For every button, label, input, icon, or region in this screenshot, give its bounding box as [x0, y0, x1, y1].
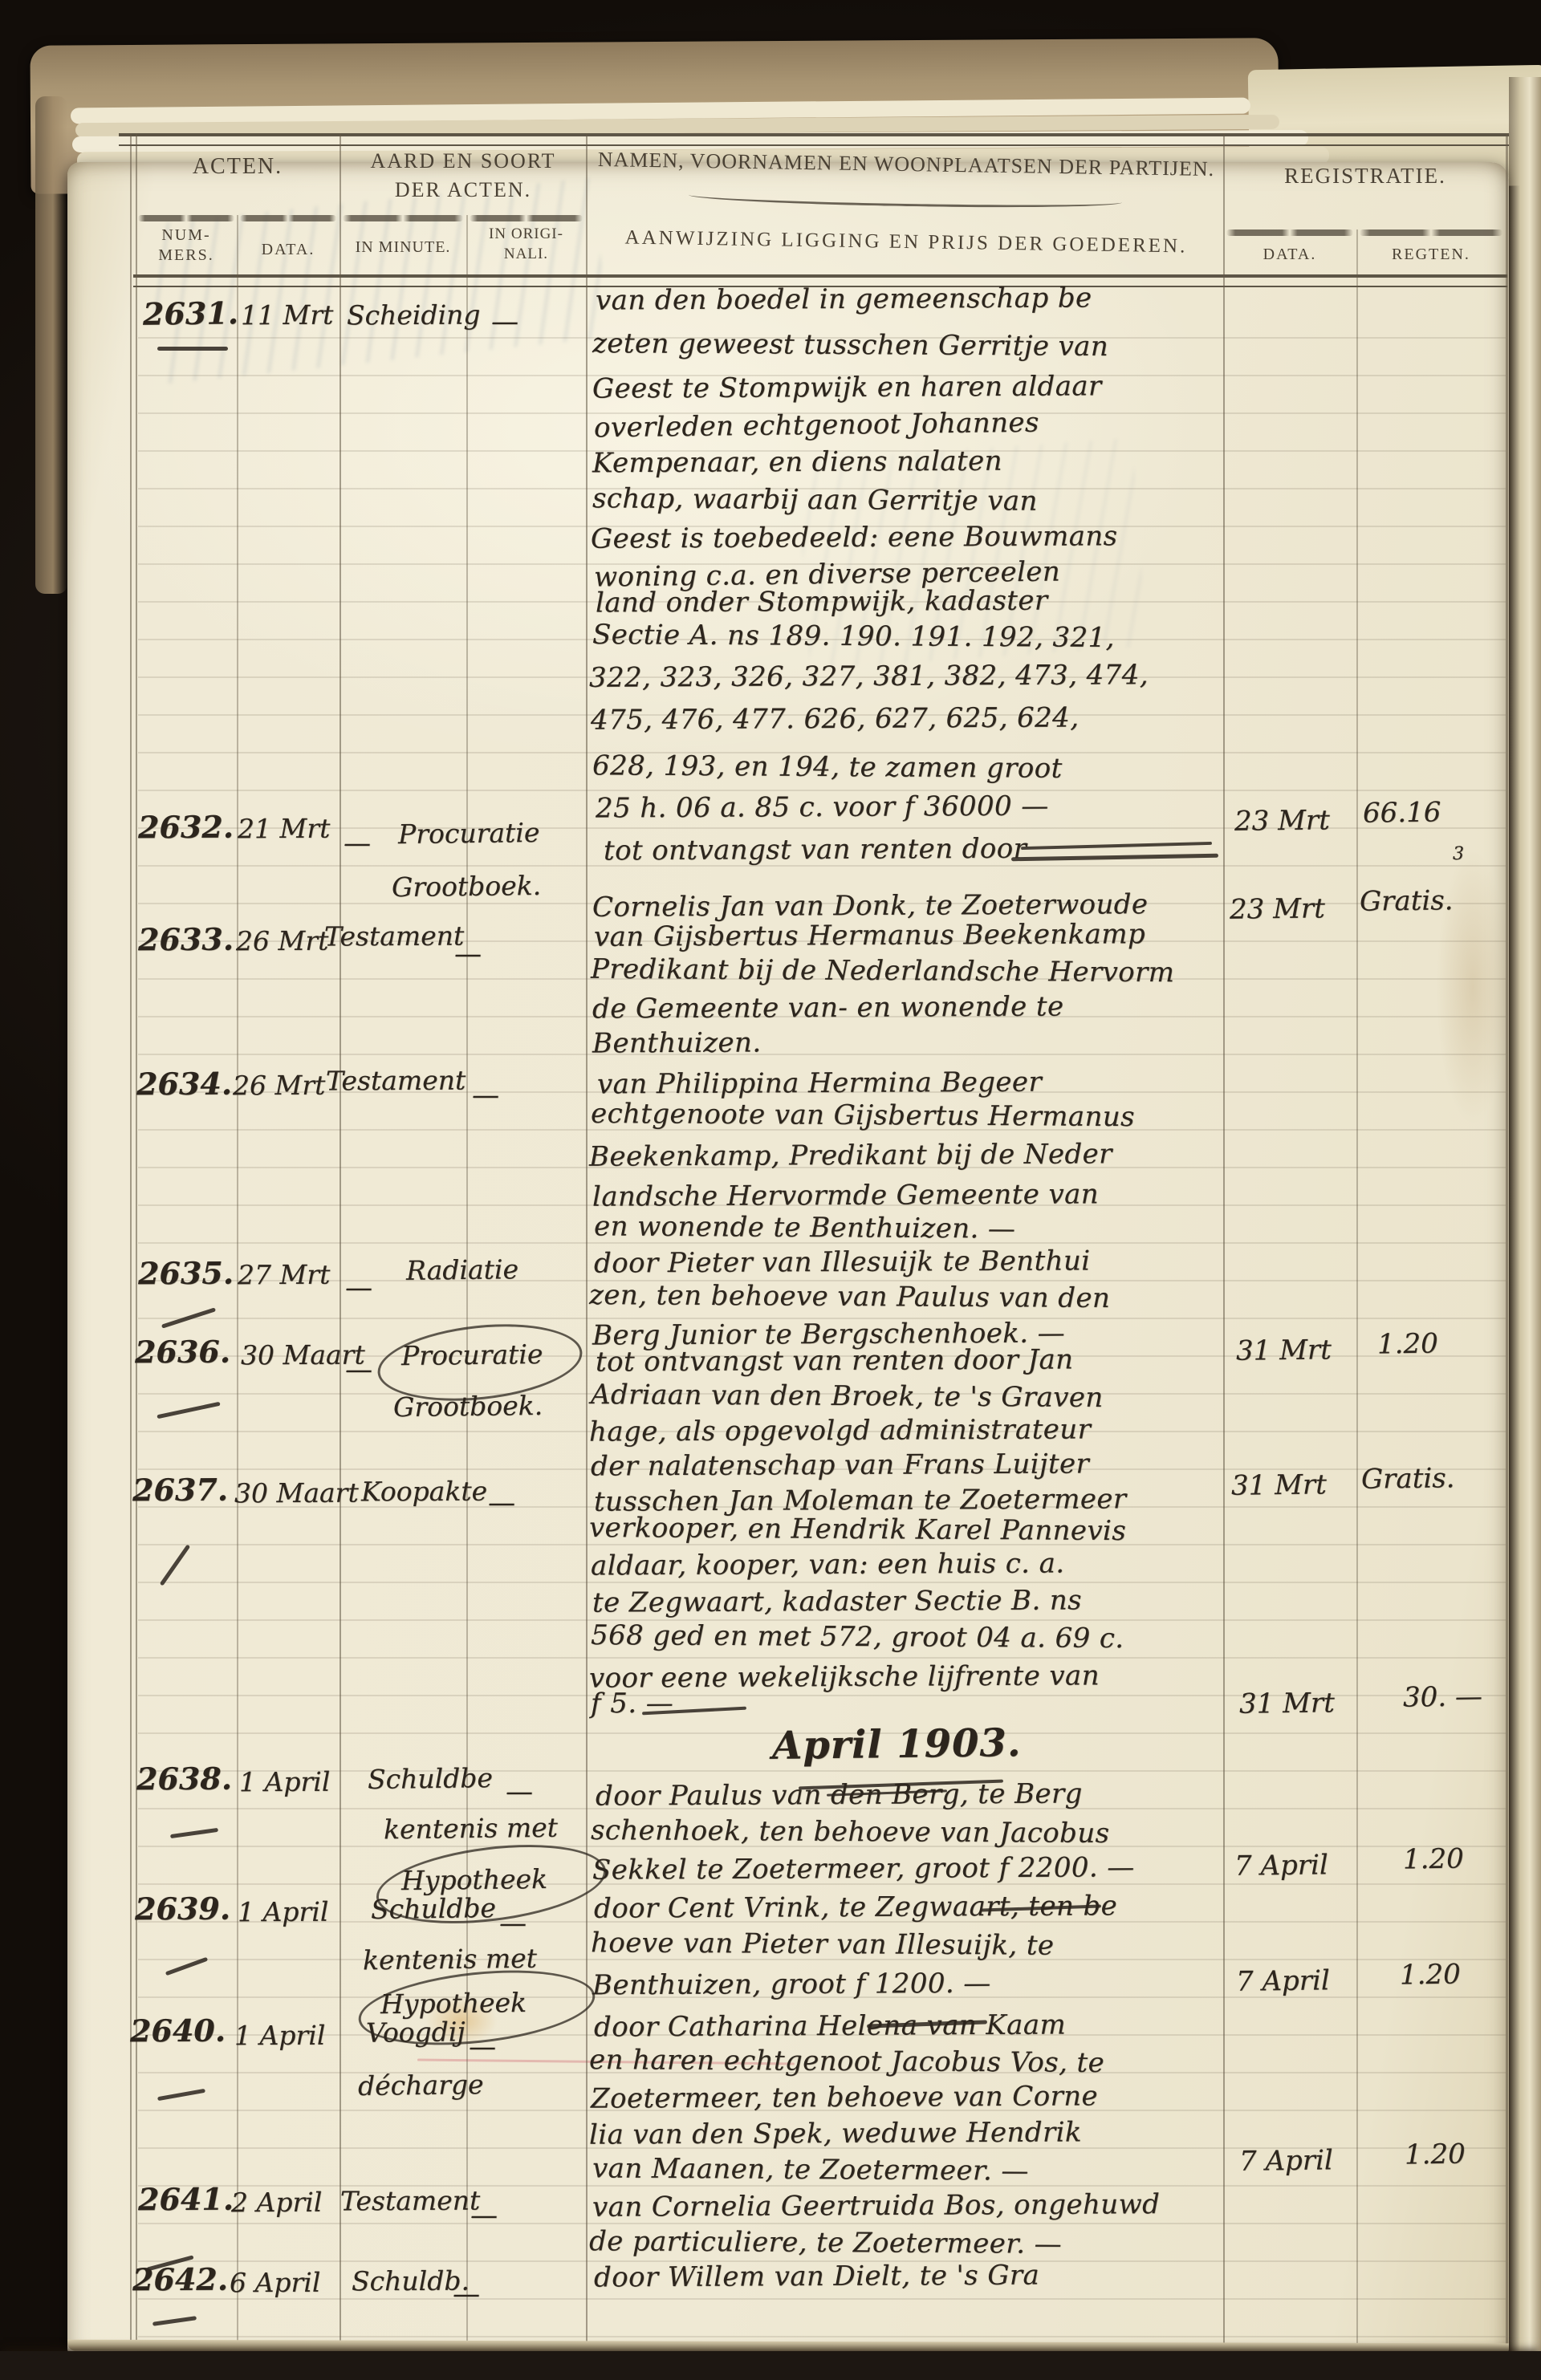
header-registratie: REGISTRATIE. — [1226, 164, 1505, 188]
entry-type: kentenis met — [363, 1945, 537, 1974]
entry-text-line: 628, 193, en 194, te zamen groot — [592, 752, 1063, 782]
entry-dash: — — [454, 940, 482, 968]
entry-date: 11 Mrt — [241, 302, 333, 329]
entry-text-line: door Pieter van Illesuijk te Benthui — [594, 1247, 1091, 1277]
entry-text-line: landsche Hervormde Gemeente van — [592, 1180, 1099, 1210]
entry-dash: — — [470, 2202, 498, 2229]
registration-fee: 1.20 — [1403, 1846, 1464, 1874]
entry-text-line: van Maanen, te Zoetermeer. — — [592, 2155, 1029, 2184]
entry-dash: — — [491, 308, 518, 335]
entry-text-line: zeten geweest tusschen Gerritje van — [592, 330, 1108, 360]
entry-type: Procuratie — [398, 819, 540, 847]
entry-number: 2637. — [132, 1475, 228, 1506]
entry-text-line: zen, ten behoeve van Paulus van den — [589, 1281, 1110, 1312]
entry-date: 26 Mrt — [233, 1072, 325, 1099]
entry-text-line: schenhoek, ten behoeve van Jacobus — [591, 1817, 1110, 1847]
entry-dash: — — [344, 830, 371, 857]
entry-text-line: der nalatenschap van Frans Luijter — [591, 1450, 1089, 1480]
entry-type: Schuldb. — [352, 2268, 470, 2295]
brace — [343, 215, 463, 221]
entry-date: 1 April — [234, 2022, 325, 2049]
entry-text-line: door Cent Vrink, te Zegwaart, ten be — [594, 1892, 1117, 1922]
entry-date: 27 Mrt — [238, 1261, 330, 1289]
registration-date: 7 April — [1239, 2146, 1333, 2175]
entry-text-line: tusschen Jan Moleman te Zoetermeer — [594, 1485, 1127, 1515]
registration-date: 23 Mrt — [1230, 895, 1325, 923]
column-rule — [586, 133, 588, 2346]
entry-number: 2634. — [136, 1069, 232, 1100]
entry-text-line: land onder Stompwijk, kadaster — [596, 587, 1048, 617]
entry-text-line: Adriaan van den Broek, te 's Graven — [591, 1381, 1104, 1411]
entry-number: 2633. — [138, 924, 234, 956]
entry-text-line: Zoetermeer, ten behoeve van Corne — [591, 2082, 1098, 2112]
entry-text-line: 475, 476, 477. 626, 627, 625, 624, — [591, 704, 1080, 733]
registration-fee: 30. — — [1403, 1683, 1482, 1711]
next-page-edge — [1509, 77, 1541, 2354]
entry-date: 6 April — [230, 2269, 320, 2297]
entry-text-line: lia van den Spek, weduwe Hendrik — [589, 2118, 1082, 2148]
registration-fee: 1.20 — [1405, 2141, 1466, 2169]
brace — [1360, 229, 1502, 236]
entry-text-line: Geest te Stompwijk en haren aldaar — [592, 372, 1102, 402]
entry-text-line: aldaar, kooper, van: een huis c. a. — [591, 1549, 1065, 1579]
entry-number: 2641. — [138, 2184, 234, 2216]
registration-date: 7 April — [1236, 1967, 1330, 1995]
entry-type: Testament — [324, 923, 464, 950]
entry-text-line: van den boedel in gemeenschap be — [596, 284, 1092, 314]
entry-dash: — — [499, 1910, 527, 1937]
entry-date: 1 April — [239, 1769, 330, 1796]
entry-text-line: Geest is toebedeeld: eene Bouwmans — [591, 522, 1118, 552]
entry-text-line: verkooper, en Hendrik Karel Pannevis — [589, 1514, 1126, 1545]
registration-date: 31 Mrt — [1239, 1689, 1335, 1717]
entry-text-line: de Gemeente van- en wonende te — [592, 993, 1064, 1022]
entry-dash: — — [469, 2033, 496, 2061]
entry-dash: — — [506, 1778, 533, 1805]
entry-dash: — — [453, 2280, 480, 2308]
header-aard-line2: DER ACTEN. — [343, 178, 583, 201]
entry-type: Testament — [340, 2187, 480, 2215]
brace — [1226, 229, 1353, 236]
subheader-in-originali: NALI. — [470, 246, 583, 262]
entry-date: 30 Maart — [234, 1480, 359, 1507]
entry-text-line: Kempenaar, en diens nalaten — [592, 448, 1002, 477]
registration-fee: 66.16 — [1363, 798, 1441, 827]
entry-type: Koopakte — [361, 1478, 487, 1505]
subheader-regten: REGTEN. — [1360, 246, 1502, 263]
entry-dash: — — [345, 1274, 372, 1302]
brace — [470, 215, 583, 221]
column-rule — [1223, 133, 1225, 2346]
entry-text-line: hage, als opgevolgd administrateur — [589, 1415, 1091, 1445]
entry-type: Hypotheek — [401, 1866, 547, 1894]
entry-type: décharge — [358, 2071, 484, 2099]
brace — [138, 215, 234, 221]
entry-date: 1 April — [238, 1899, 328, 1926]
registration-date: 23 Mrt — [1234, 806, 1330, 835]
entry-date: 21 Mrt — [238, 815, 330, 843]
entry-text-line: Beekenkamp, Predikant bij de Neder — [589, 1140, 1112, 1170]
entry-text-line: van Philippina Hermina Begeer — [597, 1069, 1042, 1099]
registration-fee: 1.20 — [1400, 1961, 1461, 1989]
entry-type: Grootboek. — [392, 872, 542, 900]
entry-text-line: overleden echtgenoot Johannes — [594, 409, 1039, 442]
entry-number: 2642. — [132, 2264, 228, 2296]
entry-number: 2638. — [136, 1764, 232, 1795]
entry-number: 2635. — [138, 1258, 234, 1290]
entry-text-line: door Willem van Dielt, te 's Gra — [594, 2262, 1039, 2292]
registration-date: 31 Mrt — [1236, 1336, 1332, 1364]
entry-type: Testament — [326, 1067, 466, 1095]
entry-type: Voogdij — [366, 2018, 466, 2046]
entry-type: Scheiding — [347, 302, 481, 329]
entry-date: 2 April — [231, 2189, 322, 2216]
entry-text-line: 25 h. 06 a. 85 c. voor f 36000 — — [596, 793, 1049, 822]
entry-dash: — — [472, 1082, 499, 1109]
entry-text-line: 322, 323, 326, 327, 381, 382, 473, 474, — [589, 661, 1149, 692]
registration-date: 7 April — [1234, 1851, 1328, 1879]
entry-text-line: tot ontvangst van renten door Jan — [596, 1346, 1074, 1375]
entry-type: Hypotheek — [380, 1989, 527, 2017]
entry-text-line: echtgenoote van Gijsbertus Hermanus — [591, 1100, 1135, 1131]
book-cover-left-edge — [35, 96, 67, 594]
entry-text-line: Sectie A. ns 189. 190. 191. 192, 321, — [592, 621, 1115, 652]
registration-fee: Gratis. — [1360, 887, 1454, 915]
number-underline — [157, 347, 228, 351]
entry-text-line: Benthuizen, groot f 1200. — — [592, 1970, 991, 2000]
entry-text-line: hoeve van Pieter van Illesuijk, te — [591, 1929, 1055, 1960]
entry-text-line: en haren echtgenoot Jacobus Vos, te — [589, 2046, 1104, 2077]
entry-type: Radiatie — [406, 1256, 518, 1284]
column-rule — [1356, 229, 1358, 2346]
entry-text-line: door Paulus van den Berg, te Berg — [596, 1780, 1083, 1809]
entry-type: Schuldbe — [371, 1895, 496, 1923]
month-heading: April 1903. — [772, 1724, 1022, 1765]
entry-text-line: door Catharina Helena van Kaam — [594, 2011, 1066, 2041]
subheader-in-originali: IN ORIGI- — [470, 225, 583, 242]
column-rule — [340, 133, 341, 2346]
entry-text-line: schap, waarbij aan Gerritje van — [592, 485, 1038, 514]
entry-text-line: van Cornelia Geertruida Bos, ongehuwd — [592, 2191, 1160, 2221]
entry-dash: — — [488, 1489, 515, 1517]
registration-date: 31 Mrt — [1231, 1471, 1327, 1499]
subheader-nummers: NUM- — [138, 226, 234, 244]
entry-type: kentenis met — [384, 1814, 558, 1843]
entry-text-line: van Gijsbertus Hermanus Beekenkamp — [594, 920, 1145, 951]
entry-type: Grootboek. — [393, 1392, 543, 1420]
entry-number: 2640. — [130, 2016, 226, 2047]
table-edge-shadow — [0, 2351, 1541, 2380]
entry-type: Schuldbe — [368, 1765, 493, 1793]
entry-number: 2632. — [138, 812, 234, 843]
table-top-rule — [119, 133, 1509, 146]
entry-number: 2636. — [135, 1337, 230, 1368]
entry-text-line: tot ontvangst van renten door — [604, 835, 1027, 865]
entry-text-line: 568 ged en met 572, groot 04 a. 69 c. — [591, 1622, 1124, 1652]
subheader-in-minute: IN MINUTE. — [343, 238, 463, 256]
column-rule — [1506, 133, 1508, 2346]
subheader-data2: DATA. — [1226, 246, 1353, 263]
entry-text-line: Sekkel te Zoetermeer, groot f 2200. — — [592, 1854, 1135, 1884]
registration-fee: 1.20 — [1377, 1330, 1438, 1359]
entry-date: 26 Mrt — [236, 928, 328, 955]
entry-text-line: en wonende te Benthuizen. — — [594, 1212, 1015, 1242]
header-aard-line1: AARD EN SOORT — [343, 149, 583, 173]
brace — [240, 215, 336, 221]
entry-type: Procuratie — [401, 1341, 543, 1369]
registration-fee: Gratis. — [1361, 1464, 1455, 1493]
entry-dash: — — [345, 1356, 372, 1383]
entry-text-line: de particuliere, te Zoetermeer. — — [589, 2228, 1062, 2258]
entry-text-line: te Zegwaart, kadaster Sectie B. ns — [592, 1586, 1082, 1616]
subheader-nummers: MERS. — [138, 246, 234, 264]
entry-number: 2631. — [143, 298, 238, 329]
entry-text-line: Predikant bij de Nederlandsche Hervorm — [591, 956, 1175, 986]
scanned-register-spread: ACTEN. AARD EN SOORT DER ACTEN. NAMEN, V… — [0, 0, 1541, 2380]
registration-fee-fraction: 3 — [1453, 846, 1464, 863]
entry-text-line: Benthuizen. — [592, 1029, 762, 1057]
entry-number: 2639. — [135, 1894, 230, 1925]
header-acten: ACTEN. — [136, 154, 339, 179]
entry-text-line: Cornelis Jan van Donk, te Zoeterwoude — [592, 891, 1149, 921]
subheader-data: DATA. — [240, 241, 336, 258]
